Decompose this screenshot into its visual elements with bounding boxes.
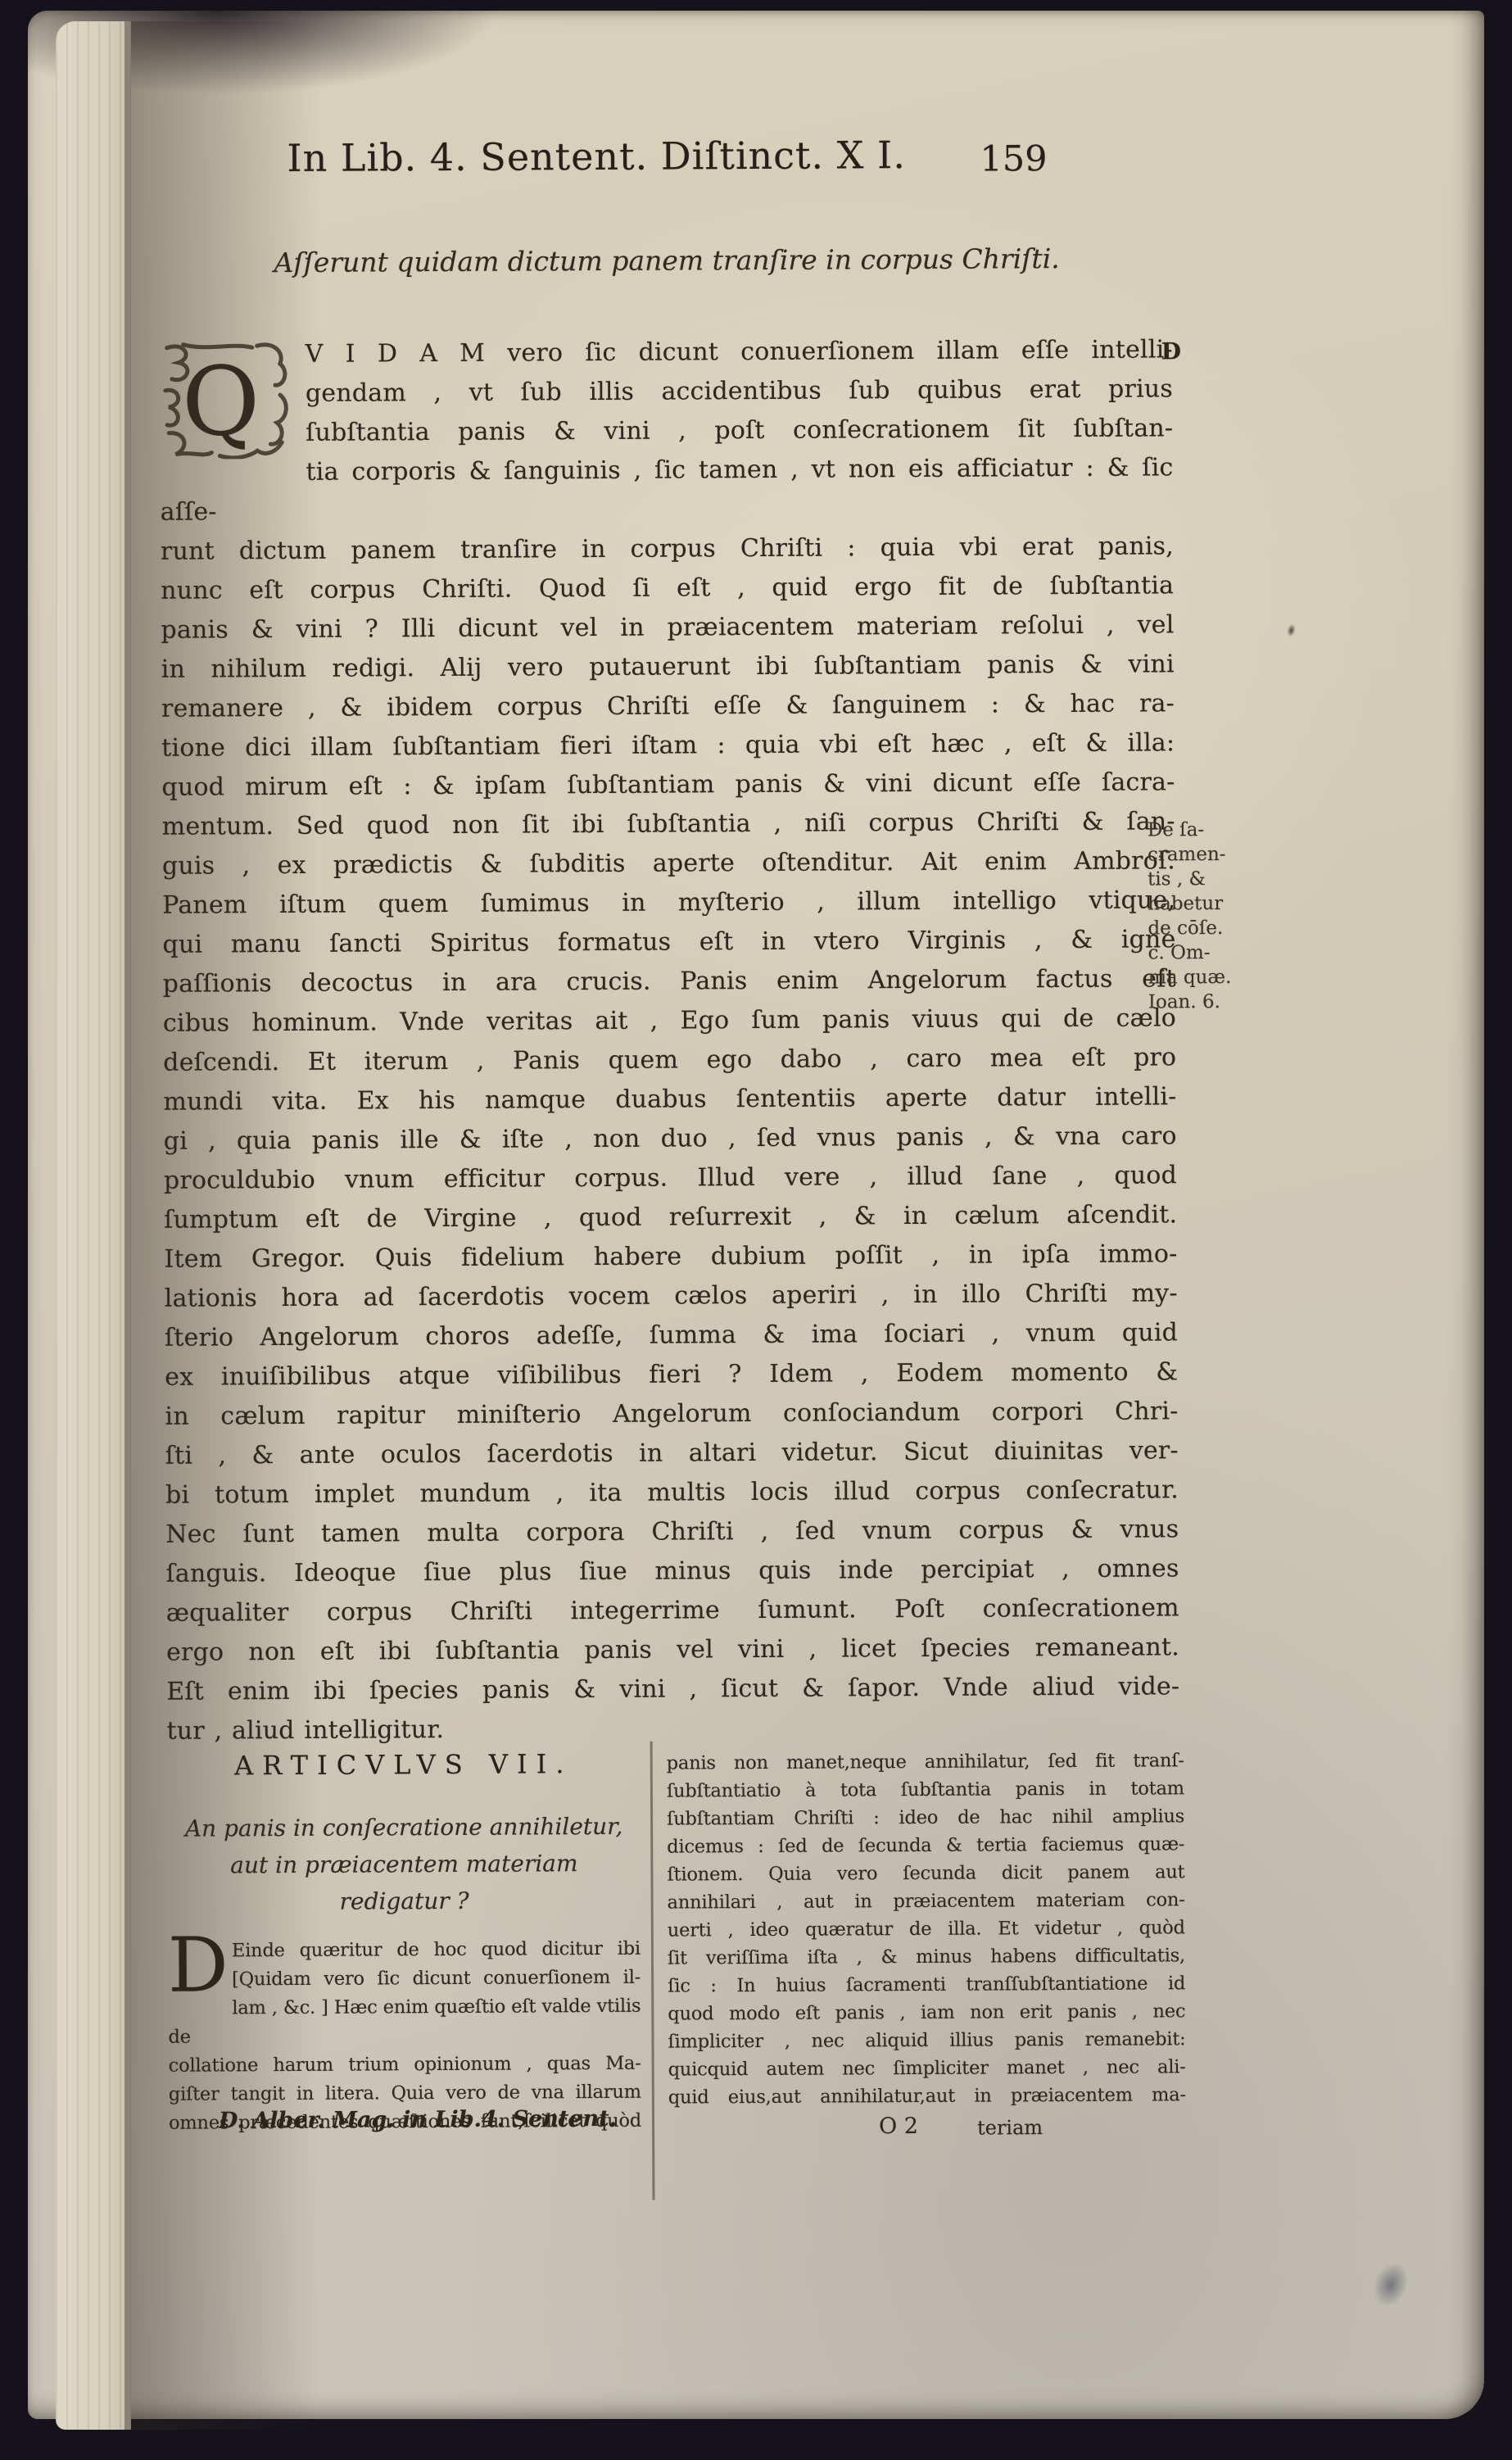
text-line: lam , &c. ] Hæc enim quæſtio eſt valde v… <box>168 1992 641 2052</box>
text-line: redigatur ? <box>167 1882 641 1921</box>
text-line: ex inuiſibilibus atque viſibilibus fieri… <box>165 1352 1178 1397</box>
text-line: ſterio Angelorum choros adeſſe, ſumma & … <box>165 1313 1178 1357</box>
text-line: ſic : In huius ſacramenti tranſſubſtanti… <box>668 1969 1185 2000</box>
ink-speck <box>1286 623 1297 638</box>
text-line: panis & vini ? Illi dicunt vel in præiac… <box>161 605 1174 650</box>
text-line: ſubſtantia panis & vini , poſt conſecrat… <box>160 409 1173 453</box>
main-text-block: Q V I D A M vero ſic dicunt conuerſionem… <box>160 330 1180 1751</box>
chapter-subtitle: Aſſerunt quidam dictum panem tranſire in… <box>163 242 1170 279</box>
text-line: cramen- <box>1148 842 1270 868</box>
text-line: gendam , vt ſub illis accidentibus ſub q… <box>160 369 1173 414</box>
text-line: tia corporis & ſanguinis , ſic tamen , v… <box>160 448 1173 532</box>
book-page: In Lib. 4. Sentent. Diſtinct. X I. 159 A… <box>28 11 1484 2419</box>
text-line: ergo non eſt ibi ſubſtantia panis vel vi… <box>166 1628 1179 1672</box>
text-line: quid eius,aut annihilatur,aut in præiace… <box>668 2081 1186 2111</box>
text-line: ſtionem. Quia vero ſecunda dicit panem a… <box>667 1858 1184 1888</box>
text-line: æqualiter corpus Chriſti integerrime ſum… <box>166 1588 1179 1633</box>
text-line: De ſa- <box>1148 818 1270 843</box>
text-line: tur , aliud intelligitur. <box>166 1706 1179 1751</box>
text-line: mundi vita. Ex his namque duabus ſentent… <box>163 1077 1176 1121</box>
text-line: nia quæ. <box>1148 965 1271 990</box>
text-line: collatione harum trium opinionum , quas … <box>169 2050 641 2081</box>
text-line: gi , quia panis ille & iſte , non duo , … <box>164 1117 1177 1161</box>
text-line: quod modo eſt panis , iam non erit panis… <box>668 1997 1185 2027</box>
text-line: runt dictum panem tranſire in corpus Chr… <box>161 527 1174 571</box>
text-line: quod mirum eſt : & ipſam ſubſtantiam pan… <box>161 763 1175 807</box>
text-line: Item Gregor. Quis fidelium habere dubium… <box>164 1235 1177 1279</box>
text-line: tione dici illam ſubſtantiam fieri iſtam… <box>161 723 1175 768</box>
text-line: ſubſtantiatio à tota ſubſtantia panis in… <box>667 1774 1184 1805</box>
text-line: Eſt enim ibi ſpecies panis & vini , ſicu… <box>166 1667 1179 1711</box>
text-line: [Quidam vero ſic dicunt conuerſionem il- <box>168 1964 641 1995</box>
text-line: nunc eſt corpus Chriſti. Quod ſi eſt , q… <box>161 566 1174 610</box>
article-question: An panis in conſecratione annihiletur,au… <box>167 1808 641 1921</box>
text-line: ſit veriſſima iſta , & minus habens diff… <box>668 1941 1185 1972</box>
page-number: 159 <box>980 138 1047 179</box>
page-content: In Lib. 4. Sentent. Diſtinct. X I. 159 A… <box>23 7 1492 2422</box>
text-line: c. Om- <box>1148 940 1270 966</box>
text-line: ſumptum eſt de Virgine , quod reſurrexit… <box>164 1195 1177 1239</box>
text-line: An panis in conſecratione annihiletur, <box>167 1808 641 1847</box>
text-line: mentum. Sed quod non ſit ibi ſubſtantia … <box>162 802 1175 846</box>
text-line: lationis hora ad ſacerdotis vocem cælos … <box>165 1274 1178 1318</box>
text-line: Einde quæritur de hoc quod dicitur ibi <box>168 1935 641 1966</box>
text-line: Ioan. 6. <box>1148 990 1271 1015</box>
text-line: ſanguis. Ideoque ſiue plus ſiue minus qu… <box>165 1549 1179 1593</box>
text-line: habetur <box>1148 891 1270 917</box>
text-line: paſſionis decoctus in ara crucis. Panis … <box>163 959 1176 1003</box>
column-divider-rule <box>650 1742 655 2200</box>
text-line: qui manu ſancti Spiritus formatus eſt in… <box>162 920 1175 964</box>
text-line: V I D A M vero ſic dicunt conuerſionem i… <box>160 330 1173 374</box>
text-line: ſti , & ante oculos ſacerdotis in altari… <box>165 1431 1179 1475</box>
text-line: bi totum implet mundum , ita multis loci… <box>165 1470 1179 1515</box>
catchword: teriam <box>977 2116 1043 2139</box>
scan-background: { "colors": { "ink": "#2e271d", "paper":… <box>0 0 1512 2460</box>
text-line: uerti , ideo quæratur de illa. Et videtu… <box>668 1914 1185 1944</box>
article-heading: ARTICVLVS VII. <box>167 1748 641 1782</box>
text-line: dicemus : ſed de ſecunda & tertia faciem… <box>667 1830 1184 1860</box>
text-line: ſubſtantiam Chriſti : ideo de hac nihil … <box>667 1802 1184 1833</box>
text-line: aut in præiacentem materiam <box>167 1845 641 1884</box>
text-line: giſter tangit in litera. Quia vero de vn… <box>169 2078 641 2109</box>
text-line: panis non manet,neque annihilatur, ſed f… <box>667 1746 1184 1777</box>
text-line: annihilari , aut in præiacentem materiam… <box>668 1886 1185 1916</box>
text-line: remanere , & ibidem corpus Chriſti eſſe … <box>161 684 1175 728</box>
drop-cap-woodcut-q-icon: Q <box>160 339 293 460</box>
margin-citation-note: De ſa-cramen-tis , &habeturde cōſe.c. Om… <box>1148 818 1271 1015</box>
text-line: in cælum rapitur miniſterio Angelorum co… <box>165 1392 1178 1436</box>
right-column-text: panis non manet,neque annihilatur, ſed f… <box>667 1746 1186 2111</box>
text-line: quicquid autem nec ſimpliciter manet , n… <box>668 2053 1186 2083</box>
text-line: ſimpliciter , nec aliquid illius panis r… <box>668 2025 1185 2055</box>
text-line: tis , & <box>1148 867 1270 892</box>
text-line: Nec ſunt tamen multa corpora Chriſti , ſ… <box>165 1510 1179 1554</box>
drop-cap-d: D <box>168 1937 232 1996</box>
text-line: cibus hominum. Vnde veritas ait , Ego ſu… <box>163 999 1176 1043</box>
text-line: guis , ex prædictis & ſubditis aperte oſ… <box>162 841 1175 886</box>
text-line: in nihilum redigi. Alij vero putauerunt … <box>161 645 1175 689</box>
ink-smudge <box>1367 2257 1415 2312</box>
text-line: de cōſe. <box>1148 916 1270 941</box>
svg-text:Q: Q <box>182 347 260 457</box>
text-line: deſcendi. Et iterum , Panis quem ego dab… <box>163 1038 1176 1082</box>
text-line: Panem iſtum quem ſumimus in myſterio , i… <box>162 881 1175 925</box>
text-line: proculdubio vnum efficitur corpus. Illud… <box>164 1156 1177 1200</box>
gathering-signature-mark: O 2 <box>879 2113 918 2139</box>
margin-paragraph-mark: D <box>1161 338 1181 365</box>
running-header: In Lib. 4. Sentent. Diſtinct. X I. <box>287 133 906 180</box>
author-citation: D. Alber. Mag. in Lib.4. Sentent. <box>219 2106 617 2134</box>
